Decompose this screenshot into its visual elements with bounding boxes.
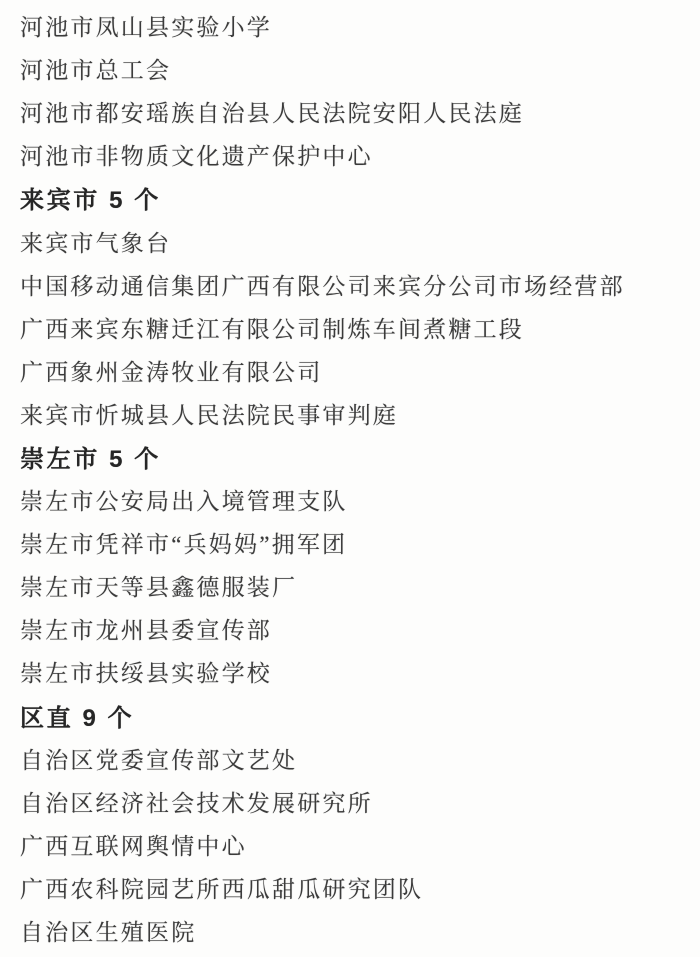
- list-item: 广西来宾东糖迁江有限公司制炼车间煮糖工段: [20, 306, 680, 349]
- section-heading: 来宾市 5 个: [20, 176, 680, 219]
- document-body: 河池市凤山县实验小学 河池市总工会 河池市都安瑶族自治县人民法院安阳人民法庭 河…: [0, 0, 700, 952]
- list-item: 崇左市凭祥市“兵妈妈”拥军团: [20, 521, 680, 564]
- section-heading: 区直 9 个: [20, 694, 680, 737]
- list-item: 自治区经济社会技术发展研究所: [20, 780, 680, 823]
- list-item: 崇左市龙州县委宣传部: [20, 607, 680, 650]
- list-item: 中国移动通信集团广西有限公司来宾分公司市场经营部: [20, 263, 680, 306]
- list-item: 河池市总工会: [20, 47, 680, 90]
- document-page: 河池市凤山县实验小学 河池市总工会 河池市都安瑶族自治县人民法院安阳人民法庭 河…: [0, 0, 700, 957]
- list-item: 广西象州金涛牧业有限公司: [20, 349, 680, 392]
- list-item: 广西农科院园艺所西瓜甜瓜研究团队: [20, 866, 680, 909]
- list-item: 河池市凤山县实验小学: [20, 4, 680, 47]
- list-item: 河池市都安瑶族自治县人民法院安阳人民法庭: [20, 90, 680, 133]
- list-item: 崇左市天等县鑫德服装厂: [20, 564, 680, 607]
- list-item: 来宾市忻城县人民法院民事审判庭: [20, 392, 680, 435]
- section-heading: 崇左市 5 个: [20, 435, 680, 478]
- list-item: 崇左市扶绥县实验学校: [20, 650, 680, 693]
- list-item: 广西互联网舆情中心: [20, 823, 680, 866]
- list-item: 河池市非物质文化遗产保护中心: [20, 133, 680, 176]
- list-item: 来宾市气象台: [20, 219, 680, 262]
- list-item: 崇左市公安局出入境管理支队: [20, 478, 680, 521]
- list-item: 自治区党委宣传部文艺处: [20, 737, 680, 780]
- list-item: 自治区生殖医院: [20, 909, 680, 952]
